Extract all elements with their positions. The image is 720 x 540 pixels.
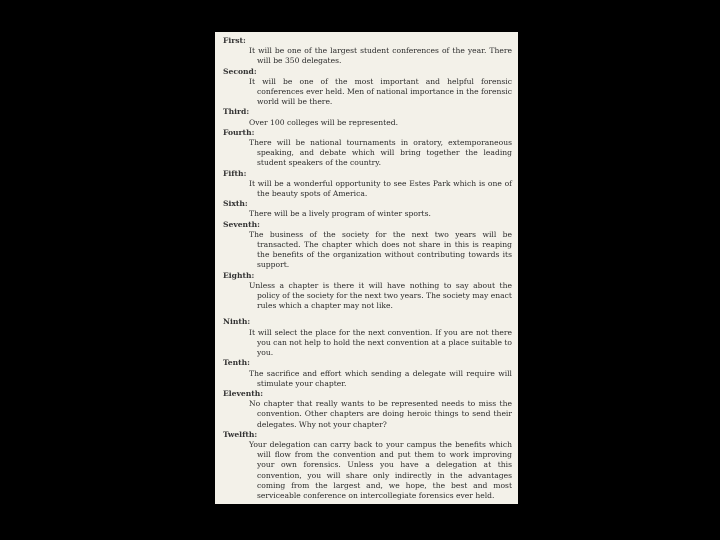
section-heading: Eleventh: bbox=[223, 389, 512, 399]
section-heading: Fourth: bbox=[223, 128, 512, 138]
section-heading: Eighth: bbox=[223, 271, 512, 281]
section-text: No chapter that really wants to be repre… bbox=[231, 399, 512, 430]
section-text: There will be national tournaments in or… bbox=[231, 138, 512, 169]
section-text: There will be a lively program of winter… bbox=[231, 209, 512, 219]
section-text: It will be one of the most important and… bbox=[231, 77, 512, 108]
section-third: Third: Over 100 colleges will be represe… bbox=[223, 107, 512, 127]
section-text: It will be a wonderful opportunity to se… bbox=[231, 179, 512, 199]
section-fifth: Fifth: It will be a wonderful opportunit… bbox=[223, 169, 512, 200]
section-text: It will select the place for the next co… bbox=[231, 328, 512, 359]
document-page: First: It will be one of the largest stu… bbox=[215, 32, 518, 504]
section-second: Second: It will be one of the most impor… bbox=[223, 67, 512, 108]
section-heading: Twelfth: bbox=[223, 430, 512, 440]
section-text: Your delegation can carry back to your c… bbox=[231, 440, 512, 501]
section-fourth: Fourth: There will be national tournamen… bbox=[223, 128, 512, 169]
section-heading: Second: bbox=[223, 67, 512, 77]
section-seventh: Seventh: The business of the society for… bbox=[223, 220, 512, 271]
section-heading: Third: bbox=[223, 107, 512, 117]
section-text: The sacrifice and effort which sending a… bbox=[231, 369, 512, 389]
section-ninth: Ninth: It will select the place for the … bbox=[223, 317, 512, 358]
section-heading: Sixth: bbox=[223, 199, 512, 209]
section-first: First: It will be one of the largest stu… bbox=[223, 36, 512, 67]
section-eighth: Eighth: Unless a chapter is there it wil… bbox=[223, 271, 512, 312]
section-heading: Ninth: bbox=[223, 317, 512, 327]
section-text: Unless a chapter is there it will have n… bbox=[231, 281, 512, 312]
section-heading: Fifth: bbox=[223, 169, 512, 179]
section-text: It will be one of the largest student co… bbox=[231, 46, 512, 66]
section-sixth: Sixth: There will be a lively program of… bbox=[223, 199, 512, 219]
section-tenth: Tenth: The sacrifice and effort which se… bbox=[223, 358, 512, 389]
section-heading: First: bbox=[223, 36, 512, 46]
section-eleventh: Eleventh: No chapter that really wants t… bbox=[223, 389, 512, 430]
section-heading: Seventh: bbox=[223, 220, 512, 230]
section-text: Over 100 colleges will be represented. bbox=[231, 118, 512, 128]
section-heading: Tenth: bbox=[223, 358, 512, 368]
section-twelfth: Twelfth: Your delegation can carry back … bbox=[223, 430, 512, 501]
section-text: The business of the society for the next… bbox=[231, 230, 512, 271]
